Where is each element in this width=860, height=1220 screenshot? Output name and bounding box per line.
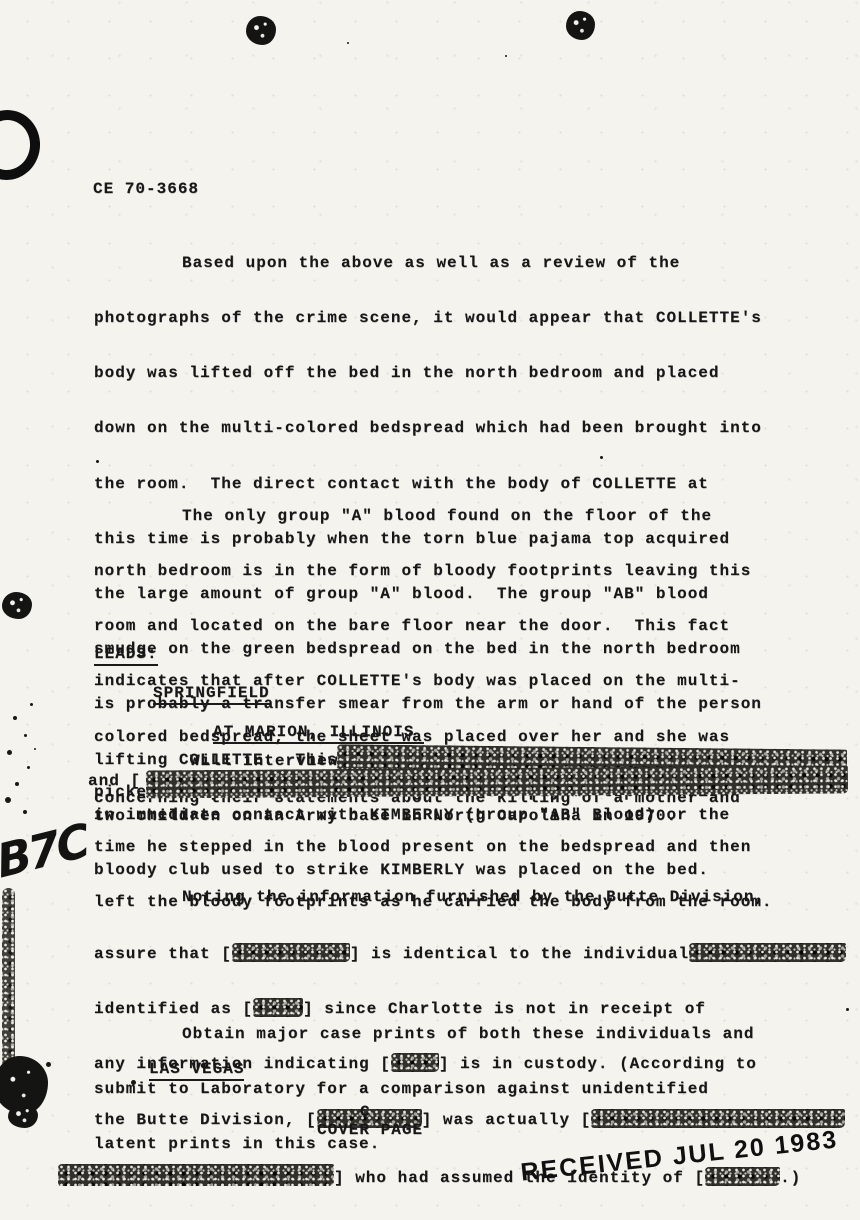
ink-speck — [7, 750, 12, 755]
ink-blot — [566, 11, 595, 40]
ink-blot — [246, 16, 276, 45]
footer-page-label: COVER PAGE — [317, 1121, 423, 1139]
text-segment: .) — [780, 1169, 801, 1187]
springfield-heading: SPRINGFIELD — [153, 684, 270, 705]
ink-speck — [23, 810, 27, 814]
marion-line-4: two children on an Army base in North Ca… — [94, 807, 677, 825]
redaction-bar — [146, 766, 848, 799]
ink-speck — [46, 1062, 51, 1067]
marion-line-1: Will interview — [190, 752, 338, 770]
redaction-bar — [232, 943, 350, 962]
text-line-redacted: assure that [] is identical to the indiv… — [94, 943, 846, 961]
ink-speck — [15, 782, 19, 786]
marion-line-2-prefix: and [ — [88, 772, 141, 790]
ink-speck — [5, 797, 11, 803]
text-line: Noting the information furnished by the … — [94, 888, 846, 906]
ink-speck — [27, 766, 30, 769]
ink-speck — [13, 716, 17, 720]
text-line: room and located on the bare floor near … — [94, 617, 773, 635]
text-line: down on the multi-colored bedspread whic… — [94, 419, 762, 437]
text-segment: assure that [ — [94, 945, 232, 963]
text-line: Based upon the above as well as a review… — [94, 254, 762, 272]
text-segment: ] is identical to the individual — [350, 945, 689, 963]
text-line: body was lifted off the bed in the north… — [94, 364, 762, 382]
text-line: photographs of the crime scene, it would… — [94, 309, 762, 327]
ink-speck — [30, 703, 33, 706]
las-vegas-heading: LAS VEGAS — [149, 1060, 244, 1081]
text-line: Obtain major case prints of both these i… — [94, 1025, 754, 1043]
handwritten-b7c-note: B7C — [0, 813, 91, 889]
text-line: north bedroom is in the form of bloody f… — [94, 562, 773, 580]
edge-smudge — [2, 888, 15, 1068]
footer-page-letter: C — [360, 1103, 371, 1121]
ink-speck — [505, 55, 507, 57]
leads-heading: LEADS: — [94, 645, 158, 666]
ink-speck — [24, 734, 27, 737]
marion-heading: AT MARION, ILLINOIS — [213, 723, 424, 744]
ink-speck — [347, 42, 349, 44]
ink-blot — [2, 592, 32, 619]
text-line: colored bedspread, the sheet was placed … — [94, 728, 773, 746]
ink-speck — [846, 1008, 849, 1011]
text-line: submit to Laboratory for a comparison ag… — [94, 1080, 754, 1098]
edge-mark — [0, 107, 43, 184]
redaction-bar — [689, 943, 846, 962]
ink-blot — [8, 1104, 38, 1128]
ink-speck — [34, 748, 36, 750]
case-number: CE 70-3668 — [93, 180, 199, 198]
text-line: The only group "A" blood found on the fl… — [94, 507, 773, 525]
scanned-document-page: CE 70-3668 Based upon the above as well … — [0, 0, 860, 1220]
